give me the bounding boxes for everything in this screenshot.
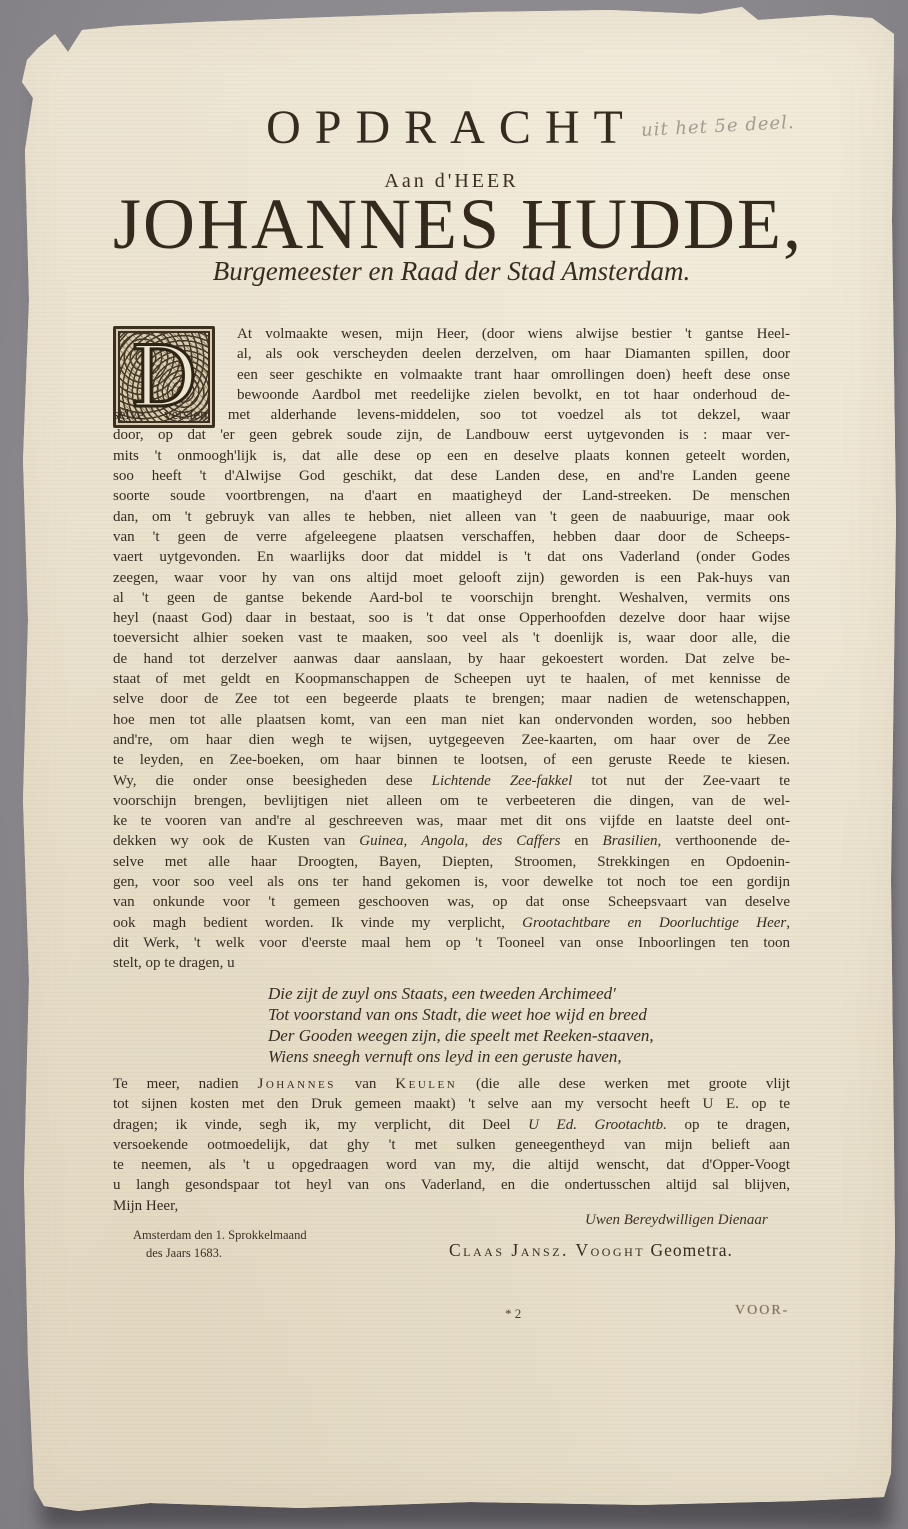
paragraph-1-full-lines: selve versien met alderhande levens-midd…: [113, 405, 790, 953]
text-line: al 't geen de gantse bekende Aard-bol te…: [113, 588, 790, 608]
paragraph-2: Te meer, nadien Johannes van Keulen (die…: [113, 1074, 790, 1216]
text-line: Amsterdam den 1. Sprokkelmaand: [133, 1226, 307, 1244]
text-line: dan, om 't gebruyk van alles te hebben, …: [113, 507, 790, 527]
text-line: zeegen, waar voor hy van ons altijd moet…: [113, 568, 790, 588]
photograph-background: { "colors": { "background_gray": "#8a888…: [0, 0, 908, 1529]
paragraph-1-indented-lines: At volmaakte wesen, mijn Heer, (door wie…: [237, 324, 790, 405]
text-line: dekken wy ook de Kusten van Guinea, Ango…: [113, 831, 790, 851]
text-line: een seer geschikte en volmaakte trant ha…: [237, 365, 790, 385]
text-line: Te meer, nadien Johannes van Keulen (die…: [113, 1074, 790, 1094]
text-line: van 't geen de verre afgeleegene plaatse…: [113, 527, 790, 547]
text-line: selve door de Zee tot een begeerde plaat…: [113, 689, 790, 709]
text-line: te leyden, en Zee-boeken, om haar binnen…: [113, 750, 790, 770]
text-line: staat of met geldt en Koopmanschappen de…: [113, 669, 790, 689]
text-line: Wiens sneegh vernuft ons leyd in een ger…: [268, 1046, 654, 1067]
text-line: ke te vooren van and're al geschreeven w…: [113, 811, 790, 831]
text-line: vaert uytgevonden. En waarlijks door dat…: [113, 547, 790, 567]
text-line: dragen; ik vinde, segh ik, my verplicht,…: [113, 1115, 790, 1135]
text-line: and're, om haar dien wegh te wijsen, uyt…: [113, 730, 790, 750]
page-content: OPDRACHT uit het 5e deel. Aan d'HEER JOH…: [113, 0, 790, 1529]
text-line: gen, voor soo veel als ons ter hand geko…: [113, 872, 790, 892]
text-line: Der Gooden weegen zijn, die speelt met R…: [268, 1025, 654, 1046]
text-line: al, als ook verscheyden deelen derzelven…: [237, 344, 790, 364]
text-line: voorschijn brengen, bevlijtigen niet all…: [113, 791, 790, 811]
catchword: VOOR-: [735, 1303, 789, 1319]
text-line: heyl (naast God) daar in bestaat, soo is…: [113, 608, 790, 628]
dedicatee-role: Burgemeester en Raad der Stad Amsterdam.: [113, 256, 790, 287]
dateline: Amsterdam den 1. Sprokkelmaanddes Jaars …: [133, 1226, 307, 1262]
paragraph-1-last-line: stelt, op te dragen, u: [113, 953, 790, 973]
text-line: mits 't onmoogh'lijk is, dat alle dese o…: [113, 446, 790, 466]
text-line: At volmaakte wesen, mijn Heer, (door wie…: [237, 324, 790, 344]
text-line: de hand tot derzelver aanwas daar aansla…: [113, 649, 790, 669]
text-line: toeversicht alhier soeken vast te maaken…: [113, 628, 790, 648]
text-line: door, op dat 'er geen gebrek soude zijn,…: [113, 425, 790, 445]
text-line: Tot voorstand van ons Stadt, die weet ho…: [268, 1004, 654, 1025]
text-line: soo heeft 't d'Alwijse God geschikt, dat…: [113, 466, 790, 486]
signature: Claas Jansz. Vooght Geometra.: [449, 1240, 733, 1261]
paragraph-1: At volmaakte wesen, mijn Heer, (door wie…: [113, 324, 790, 974]
text-line: selve met alle haar Droogten, Bayen, Die…: [113, 852, 790, 872]
text-line: selve versien met alderhande levens-midd…: [113, 405, 790, 425]
text-line: hoe men tot alle plaatsen komt, van een …: [113, 710, 790, 730]
text-line: Die zijt de zuyl ons Staats, een tweeden…: [268, 983, 654, 1004]
text-line: des Jaars 1683.: [146, 1244, 307, 1262]
text-line: ook magh bedient worden. Ik vinde my ver…: [113, 913, 790, 933]
text-line: versoekende ootmoedelijk, dat ghy 't met…: [113, 1135, 790, 1155]
text-line: van onkunde voor 't gemeen geschooven wa…: [113, 892, 790, 912]
text-line: Wy, die onder onse beesigheden dese Lich…: [113, 771, 790, 791]
valediction: Uwen Bereydwilligen Dienaar: [585, 1212, 768, 1229]
text-line: bewoonde Aardbol met reedelijke zielen b…: [237, 385, 790, 405]
document-page: OPDRACHT uit het 5e deel. Aan d'HEER JOH…: [0, 0, 908, 1529]
text-line: soorte soude voortbrengen, na d'aart en …: [113, 486, 790, 506]
dedicatee-name: JOHANNES HUDDE,: [113, 188, 790, 260]
signature-mark: * 2: [505, 1306, 521, 1322]
text-line: Claas Jansz. Vooght Geometra.: [449, 1240, 733, 1261]
text-line: dit Werk, 't welk voor d'eerste maal hem…: [113, 933, 790, 953]
text-line: u langh gesondspaar tot heyl van ons Vad…: [113, 1175, 790, 1195]
paragraph-2-lines: Te meer, nadien Johannes van Keulen (die…: [113, 1074, 790, 1196]
text-line: te neemen, als 't u opgedraagen word van…: [113, 1155, 790, 1175]
dedicatory-verse: Die zijt de zuyl ons Staats, een tweeden…: [268, 983, 654, 1067]
text-line: tot sijnen kosten met den Druk gemeen ma…: [113, 1094, 790, 1114]
